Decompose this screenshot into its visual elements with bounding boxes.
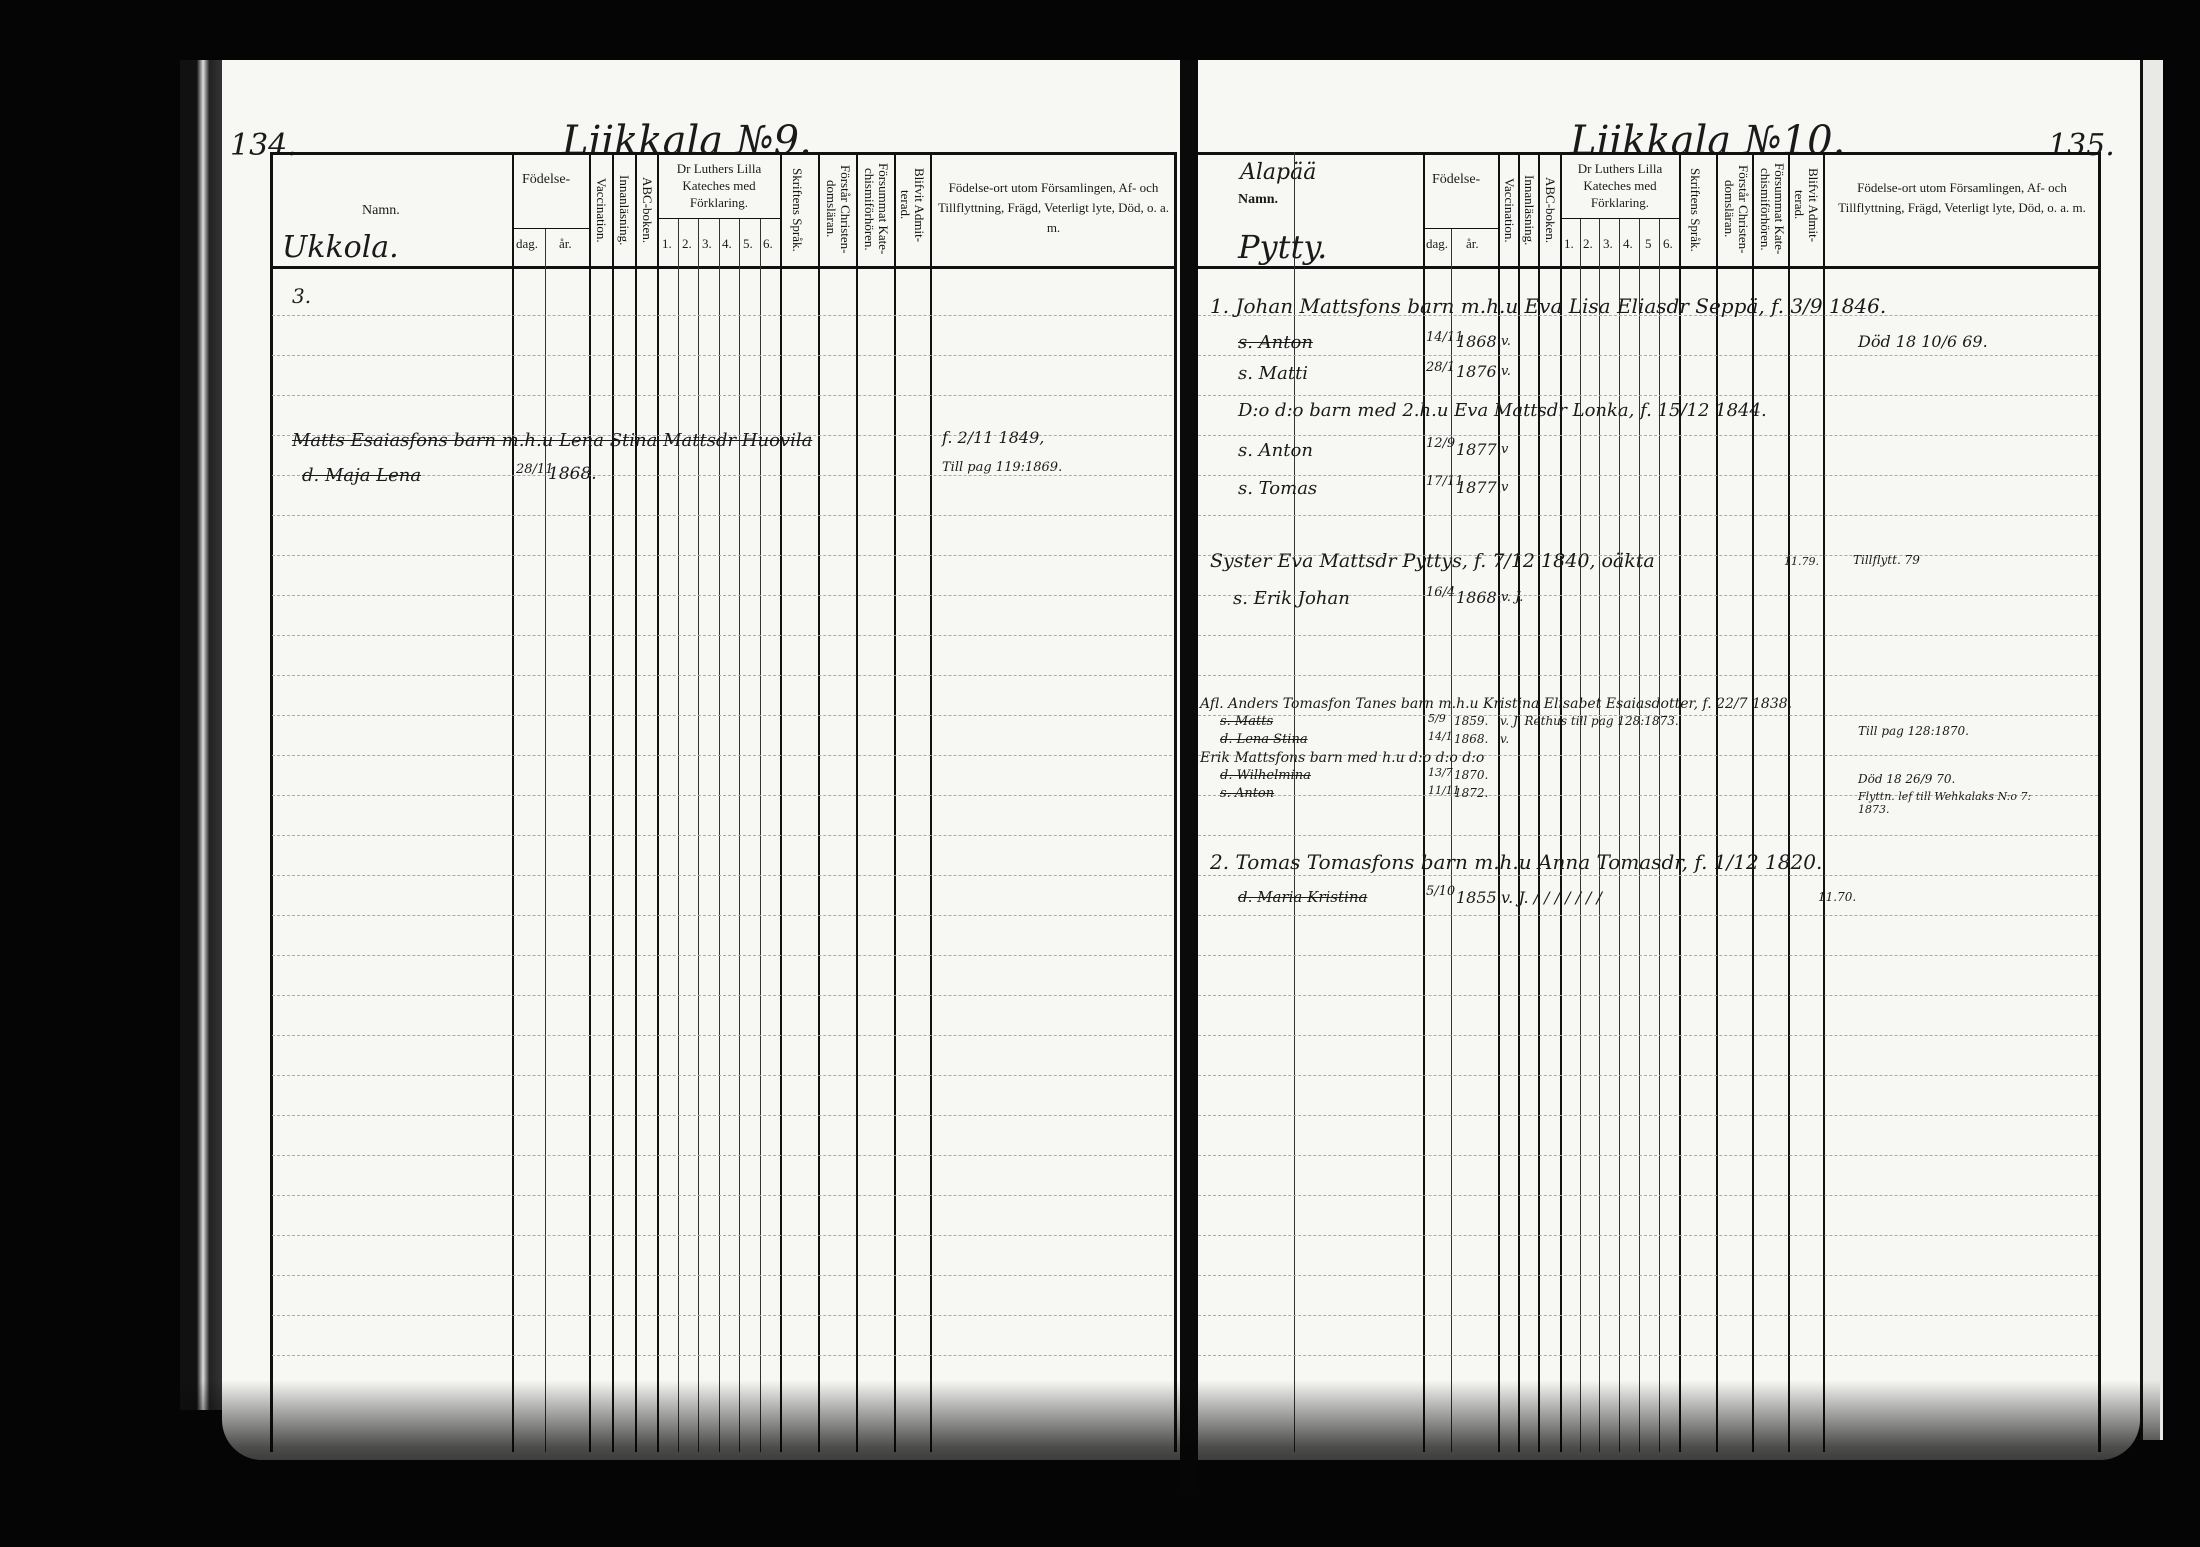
ruled-line — [272, 315, 1172, 316]
katekes-num-1: 1. — [662, 236, 672, 252]
col-header-fodelseort: Födelse-ort utom Församlingen, Af- och T… — [1828, 178, 2096, 218]
ruled-line — [272, 955, 1172, 956]
col-header-forsummat: Försummat Kate-chismiförhören. — [1756, 156, 1786, 262]
ruled-line — [272, 995, 1172, 996]
ruled-line — [272, 515, 1172, 516]
ruled-line — [272, 915, 1172, 916]
col-line — [856, 152, 858, 1452]
col-header-vaccination: Vaccination. — [594, 160, 608, 260]
ruled-line — [1198, 635, 2098, 636]
ruled-line — [1198, 995, 2098, 996]
ruled-line — [272, 1315, 1172, 1316]
entry-note: Till pag 128:1870. — [1858, 724, 1969, 738]
col-header-fodelseort: Födelse-ort utom Församlingen, Af- och T… — [936, 178, 1171, 238]
col-header-blifvit: Blifvit Admit-terad. — [898, 160, 926, 250]
ruled-line — [1198, 1155, 2098, 1156]
col-header-skriftens: Skriftens Språk. — [790, 160, 804, 260]
col-header-abc: ABC-boken. — [640, 160, 654, 260]
entry-mark: v — [1501, 480, 1508, 495]
entry-text: Matts Esaiasfons barn m.h.u Lena Stina M… — [292, 430, 812, 451]
col-header-dag: dag. — [1426, 236, 1448, 252]
village-upper-name: Alapää — [1240, 160, 1316, 185]
entry-text: s. Tomas — [1238, 478, 1317, 499]
col-line — [780, 152, 782, 1452]
entry-mark: v. — [1501, 364, 1511, 379]
entry-text: s. Erik Johan — [1233, 588, 1350, 609]
entry-text: s. Anton — [1238, 440, 1313, 461]
entry-text: Syster Eva Mattsdr Pyttys, f. 7/12 1840,… — [1210, 550, 1655, 572]
scan-bottom-shadow — [180, 1380, 2160, 1547]
entry-mark: v. J. — [1501, 590, 1523, 605]
ruled-line — [272, 1075, 1172, 1076]
entry-note: f. 2/11 1849, — [942, 428, 1044, 447]
entry-ar: 1877. — [1456, 478, 1502, 497]
katekes-num-5: 5. — [743, 236, 753, 252]
col-header-ar: år. — [559, 236, 572, 252]
col-line — [894, 152, 896, 1452]
left-village-name: Ukkola. — [282, 230, 399, 265]
col-line — [545, 228, 546, 1452]
col-line — [818, 152, 820, 1452]
ruled-line — [272, 635, 1172, 636]
col-line — [1716, 152, 1718, 1452]
col-header-innanlasning: Innanläsning. — [1522, 160, 1536, 260]
right-village-name: Pytty. — [1238, 228, 1327, 266]
header-top-rule — [1198, 152, 2100, 155]
ruled-line — [1198, 1275, 2098, 1276]
ruled-line — [272, 1035, 1172, 1036]
katekes-num-3: 3. — [1603, 236, 1613, 252]
entry-ar: 1855. — [1456, 888, 1502, 907]
ruled-line — [272, 595, 1172, 596]
table-right-border — [1174, 152, 1177, 1452]
col-line — [589, 152, 591, 1452]
katekes-sub-rule — [657, 218, 780, 219]
katekes-num-2: 2. — [682, 236, 692, 252]
katekes-num-6: 6. — [1663, 236, 1673, 252]
col-line — [1538, 152, 1540, 1452]
col-header-forsummat: Försummat Kate-chismiförhören. — [860, 156, 890, 262]
col-line — [512, 152, 514, 1452]
col-header-forstar: Förstår Christen-domsläran. — [822, 156, 852, 262]
entry-ar: 1876. — [1456, 362, 1502, 381]
entry-mark: v. J. Rethus till pag 128:1873. — [1500, 714, 1679, 728]
background-right-edge — [2140, 60, 2163, 1440]
entry-note: Flyttn. lef till Wehkalaks N:o 7: 1873. — [1858, 790, 2058, 816]
col-header-fodelse: Födelse- — [1432, 172, 1480, 188]
entry-text: s. Anton — [1238, 332, 1313, 353]
ruled-line — [272, 1235, 1172, 1236]
col-line — [657, 152, 659, 1452]
col-header-katekes: Dr Luthers Lilla Kateches med Förklaring… — [659, 160, 779, 211]
ruled-line — [1198, 1115, 2098, 1116]
entry-number: 3. — [292, 284, 311, 308]
ruled-line — [272, 875, 1172, 876]
ruled-line — [1198, 915, 2098, 916]
col-line — [1423, 152, 1425, 1452]
katekes-num-2: 2. — [1583, 236, 1593, 252]
fodelse-sub-rule — [512, 228, 589, 229]
entry-ar: 1872. — [1454, 786, 1488, 800]
right-page-number: 135. — [2048, 128, 2115, 163]
left-page: 134. Liikkala №9. Namn. Födelse- dag. år… — [222, 60, 1180, 1460]
katekes-num-6: 6. — [763, 236, 773, 252]
entry-text: d. Wilhelmina — [1220, 768, 1311, 783]
ruled-line — [272, 1275, 1172, 1276]
entry-text: Erik Mattsfons barn med h.u d:o d:o d:o — [1200, 750, 1484, 766]
entry-note: Död 18 26/9 70. — [1858, 772, 1955, 786]
entry-text: s. Matts — [1220, 714, 1273, 729]
ruled-line — [1198, 835, 2098, 836]
right-page: Liikkala №10. 135. Alapää Namn. Pytty. F… — [1198, 60, 2140, 1460]
background-left-edge — [180, 60, 222, 1410]
entry-text: 1. Johan Mattsfons barn m.h.u Eva Lisa E… — [1210, 294, 1886, 318]
col-header-namn: Namn. — [1238, 192, 1278, 208]
entry-note: Död 18 10/6 69. — [1858, 332, 1988, 351]
katekes-num-4: 4. — [1623, 236, 1633, 252]
entry-text: d. Maria Kristina — [1238, 888, 1367, 906]
entry-dag: 13/7 — [1428, 766, 1453, 779]
col-line — [1823, 152, 1825, 1452]
ruled-line — [272, 1195, 1172, 1196]
katekes-num-3: 3. — [702, 236, 712, 252]
ruled-line — [272, 395, 1172, 396]
ruled-line — [1198, 355, 2098, 356]
header-bottom-rule — [1198, 266, 2100, 269]
ruled-line — [1198, 1355, 2098, 1356]
entry-text: d. Maja Lena — [302, 465, 421, 486]
entry-dag: 28/1 — [1426, 360, 1455, 375]
katekes-num-1: 1. — [1564, 236, 1574, 252]
entry-dag: 12/9 — [1426, 436, 1455, 451]
entry-text: s. Matti — [1238, 363, 1308, 384]
ruled-line — [1198, 395, 2098, 396]
col-header-blifvit: Blifvit Admit-terad. — [1792, 160, 1820, 250]
col-header-skriftens: Skriftens Språk. — [1688, 160, 1702, 260]
col-header-abc: ABC-boken. — [1543, 160, 1557, 260]
entry-ar: 1859. — [1454, 714, 1488, 728]
ruled-line — [1198, 1075, 2098, 1076]
ruled-line — [1198, 475, 2098, 476]
col-header-ar: år. — [1466, 236, 1479, 252]
col-line — [635, 152, 637, 1452]
entry-ar: 1868. — [548, 464, 597, 484]
header-top-rule — [270, 152, 1175, 155]
col-header-katekes: Dr Luthers Lilla Kateches med Förklaring… — [1562, 160, 1678, 211]
katekes-num-5: 5 — [1645, 236, 1652, 252]
fodelse-sub-rule — [1423, 228, 1498, 229]
left-page-number: 134. — [230, 128, 297, 163]
ruled-line — [1198, 675, 2098, 676]
entry-mark: v — [1501, 442, 1508, 457]
col-line — [930, 152, 932, 1452]
ruled-line — [1198, 875, 2098, 876]
entry-mark: v. — [1500, 732, 1509, 746]
ruled-line — [272, 675, 1172, 676]
col-header-fodelse: Födelse- — [522, 172, 570, 188]
ruled-line — [272, 555, 1172, 556]
ruled-line — [1198, 1235, 2098, 1236]
entry-note: Till pag 119:1869. — [942, 460, 1062, 475]
entry-text: Afl. Anders Tomasfon Tanes barn m.h.u Kr… — [1200, 696, 1792, 712]
entry-ar: 1877. — [1456, 440, 1502, 459]
entry-ar: 1868. — [1456, 332, 1502, 351]
entry-dag: 5/10 — [1426, 884, 1455, 899]
entry-ar: 1868. — [1456, 588, 1502, 607]
table-right-border — [2098, 152, 2101, 1452]
entry-note-mid: 11.70. — [1818, 890, 1856, 904]
entry-text: 2. Tomas Tomasfons barn m.h.u Anna Tomas… — [1210, 850, 1822, 874]
katekes-num-4: 4. — [722, 236, 732, 252]
entry-text: s. Anton — [1220, 786, 1274, 801]
ruled-line — [272, 355, 1172, 356]
ruled-line — [272, 1355, 1172, 1356]
ruled-line — [272, 755, 1172, 756]
entry-dag: 14/1 — [1428, 730, 1453, 743]
book-spine — [1180, 60, 1198, 1520]
entry-mark: v. — [1501, 334, 1511, 349]
ruled-line — [272, 1155, 1172, 1156]
col-header-dag: dag. — [516, 236, 538, 252]
header-bottom-rule — [270, 266, 1175, 269]
entry-note: Tillflytt. 79 — [1853, 553, 1920, 567]
col-line — [1752, 152, 1754, 1452]
ruled-line — [1198, 1195, 2098, 1196]
ruled-line — [272, 715, 1172, 716]
entry-note-mid: 11.79. — [1784, 555, 1819, 568]
col-line — [1560, 152, 1562, 1452]
col-line — [1518, 152, 1520, 1452]
ruled-line — [1198, 1315, 2098, 1316]
right-page-header-title: Liikkala №10. — [1570, 118, 1845, 164]
table-left-border — [270, 152, 273, 1452]
entry-ar: 1870. — [1454, 768, 1488, 782]
ruled-line — [1198, 955, 2098, 956]
col-line — [612, 152, 614, 1452]
katekes-sub-rule — [1560, 218, 1679, 219]
col-line — [1788, 152, 1790, 1452]
col-header-vaccination: Vaccination. — [1502, 160, 1516, 260]
col-header-forstar: Förstår Christen-domsläran. — [1720, 156, 1750, 262]
col-header-innanlasning: Innanläsning. — [617, 160, 631, 260]
ruled-line — [272, 835, 1172, 836]
ruled-line — [272, 795, 1172, 796]
ruled-line — [1198, 1035, 2098, 1036]
col-line — [1679, 152, 1681, 1452]
entry-ar: 1868. — [1454, 732, 1488, 746]
ruled-line — [1198, 435, 2098, 436]
entry-text: d. Lena Stina — [1220, 732, 1308, 747]
entry-mark: v. J. / / / / / / / — [1501, 888, 1602, 907]
col-header-namn: Namn. — [362, 203, 400, 219]
left-page-header-title: Liikkala №9. — [562, 118, 812, 164]
entry-dag: 5/9 — [1428, 712, 1446, 725]
entry-text: D:o d:o barn med 2.h.u Eva Mattsdr Lonka… — [1238, 400, 1767, 421]
ruled-line — [272, 1115, 1172, 1116]
ruled-line — [1198, 515, 2098, 516]
entry-dag: 16/4 — [1426, 585, 1455, 600]
